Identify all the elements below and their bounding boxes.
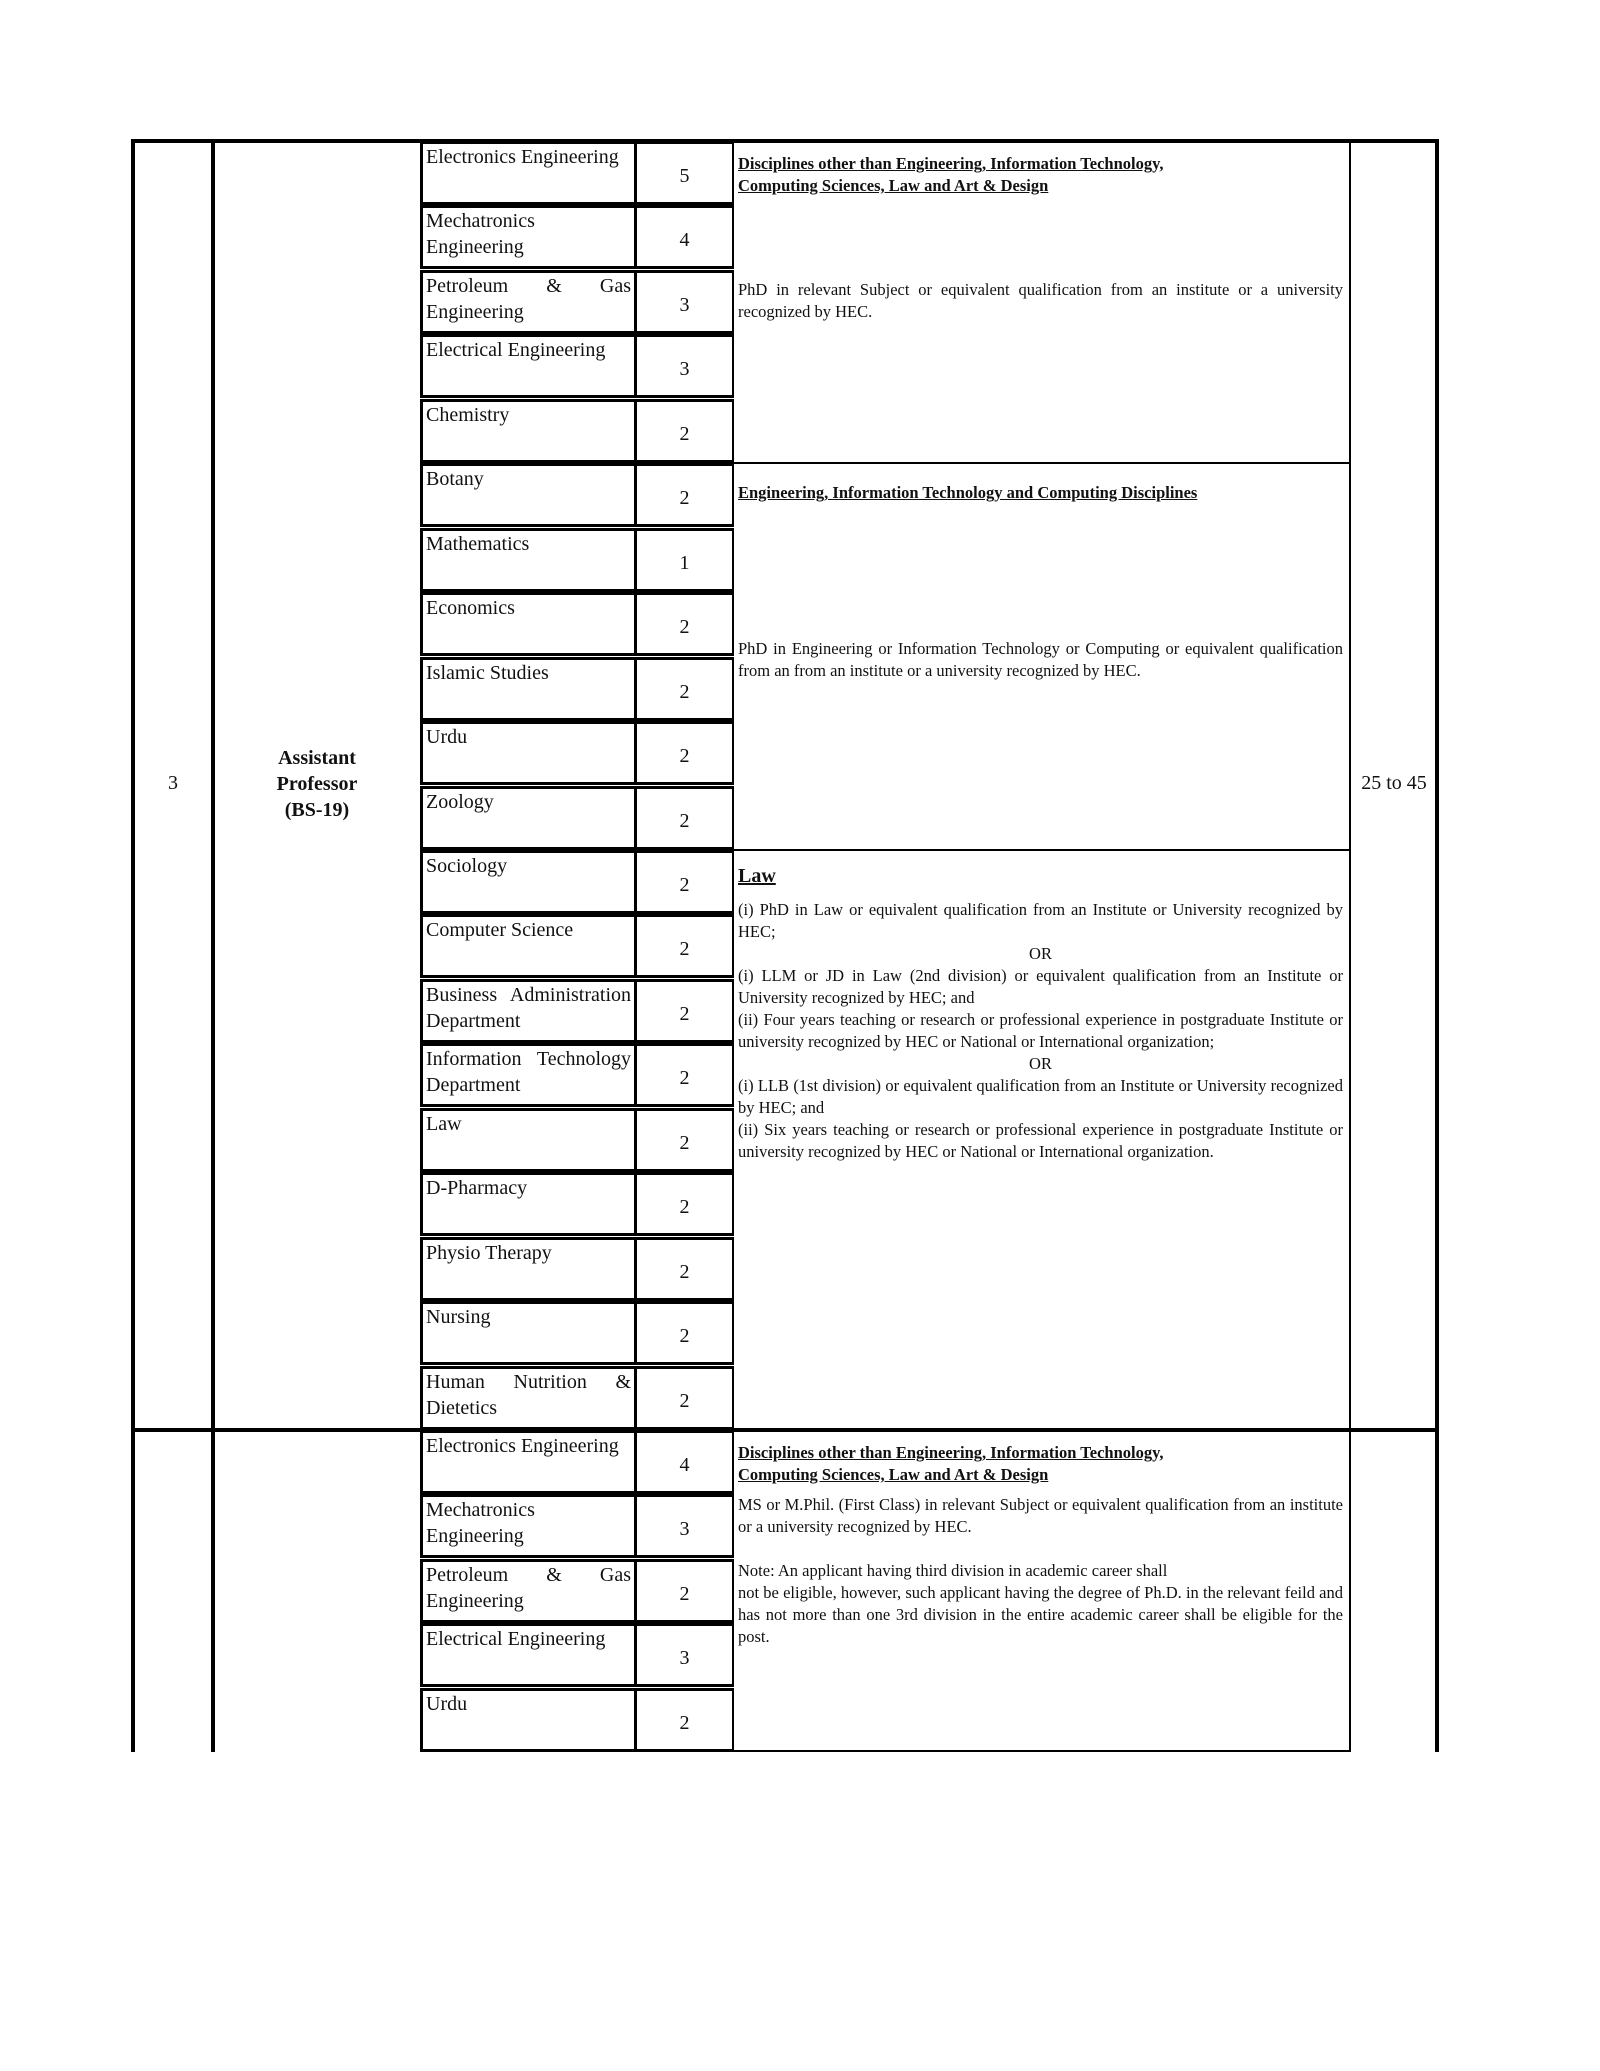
post-count: 3 (637, 270, 734, 334)
qualification-text: PhD in Engineering or Information Techno… (738, 638, 1343, 682)
qualification-note: not be eligible, however, such applicant… (738, 1582, 1343, 1648)
post-count: 4 (637, 1430, 734, 1494)
subject-name: Electronics Engineering (426, 1433, 631, 1459)
subject-cell: Electrical Engineering (420, 1623, 637, 1687)
subject-name: Human Nutrition & Dietetics (426, 1369, 631, 1421)
qualification-text: (ii) Six years teaching or research or p… (738, 1119, 1343, 1163)
qualification-law: Law (i) PhD in Law or equivalent qualifi… (734, 851, 1351, 1430)
qualification-engineering: Engineering, Information Technology and … (734, 464, 1351, 851)
post-count: 2 (637, 399, 734, 463)
post-count: 2 (637, 721, 734, 785)
subject-name: Information Technology Department (426, 1046, 631, 1098)
qualification-text: (ii) Four years teaching or research or … (738, 1009, 1343, 1053)
qualification-note: Note: An applicant having third division… (738, 1560, 1343, 1582)
subject-cell: Zoology (420, 786, 637, 850)
subject-name: Mechatronics Engineering (426, 1497, 631, 1549)
subject-cell: Mechatronics Engineering (420, 205, 637, 269)
post-count: 3 (637, 1494, 734, 1558)
subject-name: Physio Therapy (426, 1240, 631, 1266)
serial-column-border (211, 139, 215, 1752)
post-title-line: Professor (214, 771, 420, 797)
subject-cell: Computer Science (420, 914, 637, 978)
subject-cell: Islamic Studies (420, 657, 637, 721)
subject-cell: Nursing (420, 1301, 637, 1365)
subject-cell: Petroleum & Gas Engineering (420, 1559, 637, 1623)
qualification-text: (i) PhD in Law or equivalent qualificati… (738, 899, 1343, 943)
subject-cell: Sociology (420, 850, 637, 914)
post-count: 2 (637, 1108, 734, 1172)
post-count: 2 (637, 786, 734, 850)
post-title-line: Assistant (214, 745, 420, 771)
qualification-text: MS or M.Phil. (First Class) in relevant … (738, 1494, 1343, 1538)
qualification-heading: Disciplines other than Engineering, Info… (738, 1442, 1343, 1464)
post-count: 4 (637, 205, 734, 269)
post-count: 2 (637, 1366, 734, 1430)
qualification-or: OR (738, 943, 1343, 965)
post-count: 2 (637, 850, 734, 914)
subject-name: Electronics Engineering (426, 144, 631, 170)
subject-name: Zoology (426, 789, 631, 815)
subject-name: Nursing (426, 1304, 631, 1330)
subject-name: Petroleum & Gas Engineering (426, 273, 631, 325)
subject-name: Mathematics (426, 531, 631, 557)
qualification-heading: Law (738, 865, 1343, 887)
table-right-border (1435, 139, 1439, 1752)
post-count: 1 (637, 528, 734, 592)
subject-name: Electrical Engineering (426, 337, 631, 363)
age-limit: 25 to 45 (1352, 772, 1436, 795)
qualification-heading: Computing Sciences, Law and Art & Design (738, 1464, 1343, 1486)
subject-cell: Physio Therapy (420, 1237, 637, 1301)
subject-cell: Electronics Engineering (420, 1430, 637, 1494)
qualification-heading: Computing Sciences, Law and Art & Design (738, 175, 1343, 197)
subject-name: Computer Science (426, 917, 631, 943)
table-left-border (131, 139, 135, 1752)
subject-name: Islamic Studies (426, 660, 631, 686)
subject-cell: Human Nutrition & Dietetics (420, 1366, 637, 1430)
subject-name: Electrical Engineering (426, 1626, 631, 1652)
post-count: 2 (637, 1559, 734, 1623)
post-count: 2 (637, 592, 734, 656)
subject-cell: Electronics Engineering (420, 141, 637, 205)
post-count: 2 (637, 914, 734, 978)
subject-name: Law (426, 1111, 631, 1137)
qualification-other-disciplines: Disciplines other than Engineering, Info… (734, 141, 1351, 464)
subject-cell: D-Pharmacy (420, 1172, 637, 1236)
post-count: 2 (637, 657, 734, 721)
subject-name: Mechatronics Engineering (426, 208, 631, 260)
subject-name: Botany (426, 466, 631, 492)
subject-cell: Law (420, 1108, 637, 1172)
subject-name: Petroleum & Gas Engineering (426, 1562, 631, 1614)
qualification-section2: Disciplines other than Engineering, Info… (734, 1430, 1351, 1752)
post-count: 2 (637, 463, 734, 527)
post-count: 2 (637, 1043, 734, 1107)
subject-cell: Business Administration Department (420, 979, 637, 1043)
subject-cell: Petroleum & Gas Engineering (420, 270, 637, 334)
serial-number: 3 (134, 772, 212, 795)
subject-cell: Mathematics (420, 528, 637, 592)
qualification-heading: Engineering, Information Technology and … (738, 482, 1343, 504)
subject-name: Sociology (426, 853, 631, 879)
post-count: 2 (637, 979, 734, 1043)
subject-name: Urdu (426, 724, 631, 750)
subject-cell: Urdu (420, 1688, 637, 1752)
subject-cell: Chemistry (420, 399, 637, 463)
post-count: 2 (637, 1172, 734, 1236)
subject-name: Business Administration Department (426, 982, 631, 1034)
qualification-text: PhD in relevant Subject or equivalent qu… (738, 279, 1343, 323)
post-title-line: (BS-19) (214, 797, 420, 823)
post-title: Assistant Professor (BS-19) (214, 745, 420, 823)
post-count: 2 (637, 1688, 734, 1752)
subject-cell: Urdu (420, 721, 637, 785)
post-count: 5 (637, 141, 734, 205)
subject-cell: Economics (420, 592, 637, 656)
subject-name: Economics (426, 595, 631, 621)
post-count: 3 (637, 1623, 734, 1687)
post-count: 2 (637, 1301, 734, 1365)
subject-name: D-Pharmacy (426, 1175, 631, 1201)
qualification-text: (i) LLB (1st division) or equivalent qua… (738, 1075, 1343, 1119)
subject-name: Urdu (426, 1691, 631, 1717)
qualification-heading: Disciplines other than Engineering, Info… (738, 153, 1343, 175)
qualification-text: (i) LLM or JD in Law (2nd division) or e… (738, 965, 1343, 1009)
post-count: 3 (637, 334, 734, 398)
qualification-or: OR (738, 1053, 1343, 1075)
subject-name: Chemistry (426, 402, 631, 428)
subject-cell: Electrical Engineering (420, 334, 637, 398)
subject-cell: Information Technology Department (420, 1043, 637, 1107)
post-count: 2 (637, 1237, 734, 1301)
subject-cell: Mechatronics Engineering (420, 1494, 637, 1558)
subject-cell: Botany (420, 463, 637, 527)
